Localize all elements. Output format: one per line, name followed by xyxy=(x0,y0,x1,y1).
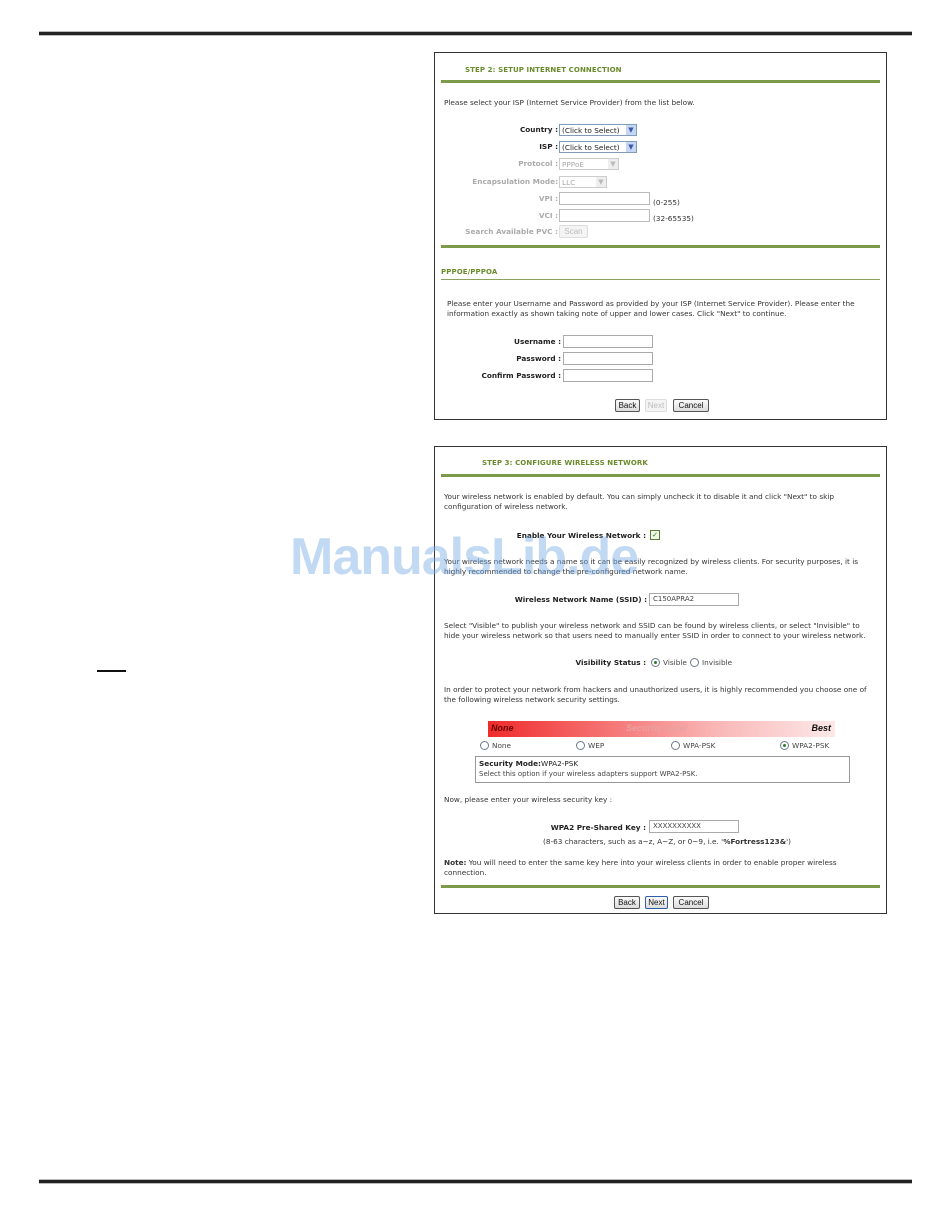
isp-select[interactable]: (Click to Select) ▼ xyxy=(559,141,637,153)
encapsulation-select[interactable]: LLC ▼ xyxy=(559,176,607,188)
isp-select-value: (Click to Select) xyxy=(562,143,620,152)
country-select[interactable]: (Click to Select) ▼ xyxy=(559,124,637,136)
chevron-down-icon: ▼ xyxy=(608,159,618,169)
enable-wireless-checkbox[interactable]: ✓ xyxy=(650,530,660,540)
key-prompt: Now, please enter your wireless security… xyxy=(444,795,877,805)
scan-button[interactable]: Scan xyxy=(559,225,588,238)
back-button[interactable]: Back xyxy=(615,399,640,412)
step3-title: STEP 3: CONFIGURE WIRELESS NETWORK xyxy=(482,459,648,467)
security-wpa2-psk-radio[interactable] xyxy=(780,741,789,750)
psk-input[interactable]: XXXXXXXXXX xyxy=(649,820,739,833)
chevron-down-icon: ▼ xyxy=(626,125,636,135)
security-wpa-psk-radio[interactable] xyxy=(671,741,680,750)
psk-hint-prefix: (8-63 characters, such as a~z, A~Z, or 0… xyxy=(543,837,723,846)
next-button[interactable]: Next xyxy=(645,399,667,412)
country-select-value: (Click to Select) xyxy=(562,126,620,135)
security-wep-radio[interactable] xyxy=(576,741,585,750)
security-wpa-psk-label: WPA-PSK xyxy=(683,741,715,750)
search-pvc-label: Search Available PVC : xyxy=(465,227,558,236)
step2-section-divider xyxy=(441,245,880,248)
vci-input[interactable] xyxy=(559,209,650,222)
security-mode-box: Security Mode:WPA2-PSK Select this optio… xyxy=(475,756,850,783)
ssid-label: Wireless Network Name (SSID) : xyxy=(515,595,647,604)
vpi-hint: (0-255) xyxy=(653,198,680,207)
security-level-best: Best xyxy=(811,723,831,733)
margin-mark xyxy=(97,670,126,672)
username-label: Username : xyxy=(514,337,561,346)
cancel-button[interactable]: Cancel xyxy=(673,896,709,909)
step3-title-divider xyxy=(441,474,880,477)
security-recommendation-text: In order to protect your network from ha… xyxy=(444,685,877,705)
check-icon: ✓ xyxy=(652,531,658,539)
vpi-label: VPI : xyxy=(539,194,558,203)
protocol-select-value: PPPoE xyxy=(562,160,584,169)
back-button[interactable]: Back xyxy=(614,896,640,909)
confirm-password-input[interactable] xyxy=(563,369,653,382)
cancel-button[interactable]: Cancel xyxy=(673,399,709,412)
psk-label: WPA2 Pre-Shared Key : xyxy=(551,823,646,832)
vci-hint: (32-65535) xyxy=(653,214,694,223)
encapsulation-label: Encapsulation Mode: xyxy=(472,177,558,186)
security-none-label: None xyxy=(492,741,511,750)
vci-label: VCI : xyxy=(539,211,558,220)
step2-title: STEP 2: SETUP INTERNET CONNECTION xyxy=(465,66,622,74)
security-level-none: None xyxy=(491,723,514,733)
vpi-input[interactable] xyxy=(559,192,650,205)
enable-wireless-label: Enable Your Wireless Network : xyxy=(517,531,646,540)
note-text: Note: You will need to enter the same ke… xyxy=(444,858,877,878)
pppoe-title: PPPOE/PPPOA xyxy=(441,268,497,276)
visible-radio[interactable] xyxy=(651,658,660,667)
step3-panel: STEP 3: CONFIGURE WIRELESS NETWORK Your … xyxy=(434,446,887,914)
step2-intro: Please select your ISP (Internet Service… xyxy=(444,98,877,108)
visibility-text: Select "Visible" to publish your wireles… xyxy=(444,621,877,641)
security-mode-label: Security Mode: xyxy=(479,759,541,768)
visible-radio-label: Visible xyxy=(663,658,687,667)
username-input[interactable] xyxy=(563,335,653,348)
psk-hint-suffix: ') xyxy=(786,837,791,846)
invisible-radio[interactable] xyxy=(690,658,699,667)
invisible-radio-label: Invisible xyxy=(702,658,732,667)
pppoe-instructions: Please enter your Username and Password … xyxy=(447,299,856,319)
pppoe-title-divider xyxy=(441,279,880,280)
country-label: Country : xyxy=(520,125,558,134)
security-wep-label: WEP xyxy=(588,741,604,750)
chevron-down-icon: ▼ xyxy=(596,177,606,187)
encapsulation-select-value: LLC xyxy=(562,178,575,187)
step3-intro: Your wireless network is enabled by defa… xyxy=(444,492,877,512)
protocol-select[interactable]: PPPoE ▼ xyxy=(559,158,619,170)
step2-title-divider xyxy=(441,80,880,83)
note-body: You will need to enter the same key here… xyxy=(444,858,837,877)
page-header-rule xyxy=(39,32,912,35)
security-mode-line: Security Mode:WPA2-PSK xyxy=(479,759,578,768)
visibility-status-label: Visibility Status : xyxy=(575,658,646,667)
step3-bottom-divider xyxy=(441,885,880,888)
next-button[interactable]: Next xyxy=(645,896,668,909)
isp-label: ISP : xyxy=(539,142,558,151)
security-none-radio[interactable] xyxy=(480,741,489,750)
security-level-title: Security Level xyxy=(626,723,687,733)
security-mode-value: WPA2-PSK xyxy=(541,759,578,768)
page-footer-rule xyxy=(39,1180,912,1183)
chevron-down-icon: ▼ xyxy=(626,142,636,152)
psk-hint-example: %Fortress123& xyxy=(723,837,786,846)
step2-panel: STEP 2: SETUP INTERNET CONNECTION Please… xyxy=(434,52,887,420)
password-input[interactable] xyxy=(563,352,653,365)
security-wpa2-psk-label: WPA2-PSK xyxy=(792,741,829,750)
confirm-password-label: Confirm Password : xyxy=(481,371,561,380)
security-level-bar: None Security Level Best xyxy=(488,721,835,737)
ssid-input[interactable]: C150APRA2 xyxy=(649,593,739,606)
security-mode-description: Select this option if your wireless adap… xyxy=(479,770,698,778)
password-label: Password : xyxy=(516,354,561,363)
protocol-label: Protocol : xyxy=(518,159,558,168)
network-name-text: Your wireless network needs a name so it… xyxy=(444,557,877,577)
note-label: Note: xyxy=(444,858,466,867)
psk-hint: (8-63 characters, such as a~z, A~Z, or 0… xyxy=(543,837,791,846)
